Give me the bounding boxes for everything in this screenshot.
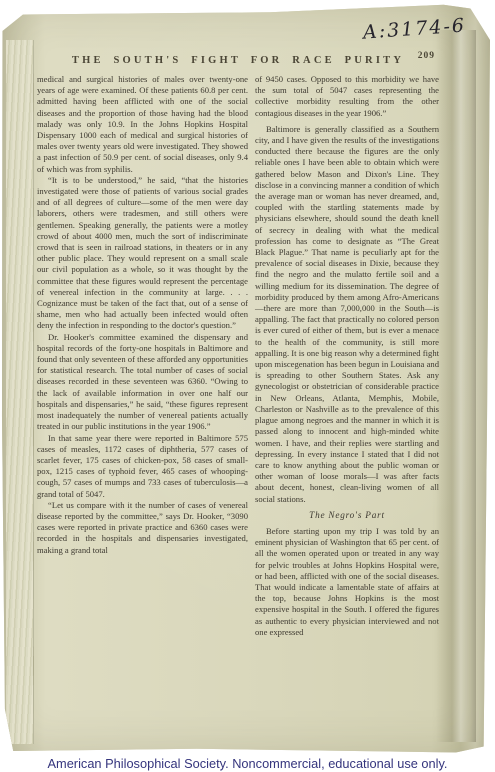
paragraph: medical and surgical histories of males …: [37, 74, 248, 175]
page-fold-shadow: [436, 30, 476, 742]
page-number: 209: [418, 51, 435, 61]
scanned-page-photo: A:3174-6 THE SOUTH'S FIGHT FOR RACE PURI…: [0, 0, 495, 772]
book-page-edges: [6, 40, 34, 744]
paragraph: Before starting upon my trip I was told …: [255, 526, 439, 638]
paragraph: Baltimore is generally classified as a S…: [255, 124, 439, 505]
text-columns: medical and surgical histories of males …: [37, 74, 439, 638]
paragraph: In that same year there were reported in…: [37, 433, 248, 500]
paragraph: Dr. Hooker's committee examined the disp…: [37, 332, 248, 433]
section-heading: The Negro's Part: [255, 510, 439, 521]
archive-caption: American Philosophical Society. Noncomme…: [0, 756, 495, 771]
paragraph: of 9450 cases. Opposed to this morbidity…: [255, 74, 439, 119]
paragraph: “Let us compare with it the number of ca…: [37, 500, 248, 556]
left-column: medical and surgical histories of males …: [37, 74, 248, 638]
right-column: of 9450 cases. Opposed to this morbidity…: [255, 74, 439, 638]
paragraph: “It is to be understood,” he said, “that…: [37, 175, 248, 332]
page-content: THE SOUTH'S FIGHT FOR RACE PURITY 209 me…: [37, 50, 439, 638]
book-page: A:3174-6 THE SOUTH'S FIGHT FOR RACE PURI…: [1, 4, 490, 754]
running-head: THE SOUTH'S FIGHT FOR RACE PURITY 209: [37, 50, 439, 63]
page-title: THE SOUTH'S FIGHT FOR RACE PURITY: [72, 55, 404, 66]
